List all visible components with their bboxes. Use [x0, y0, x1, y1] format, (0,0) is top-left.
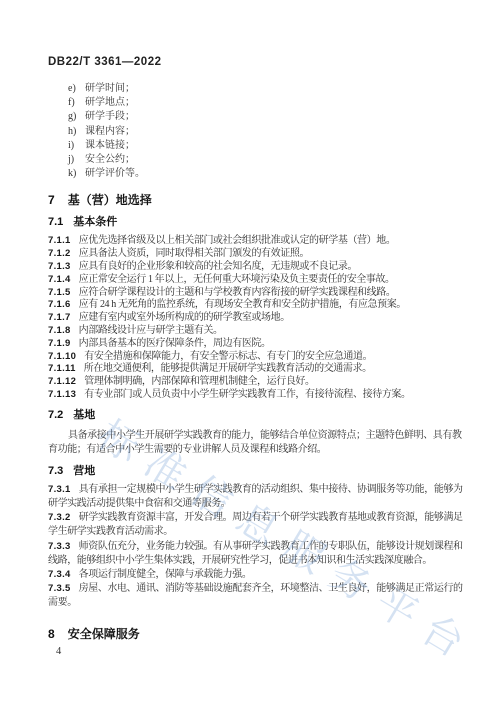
clause: 7.1.6应有 24 h 无死角的监控系统，有现场安全教育和安全防护措施，有应急…	[48, 299, 468, 312]
list-item-letter: k)	[68, 167, 85, 181]
clause-number: 7.1.4	[48, 274, 79, 285]
clause-text: 各项运行制度健全，保障与承载能力强。	[79, 569, 252, 580]
clause-number: 7.3.2	[48, 512, 79, 523]
clause: 7.3.1具有承担一定规模中小学生研学实践教育的活动组织、集中接待、协调服务等功…	[48, 483, 468, 511]
clause: 7.1.12管理体制明确，内部保障和管理机制健全，运行良好。	[48, 376, 468, 389]
clause-text: 应具备法人资质，同时取得相关部门颁发的有效证照。	[79, 248, 309, 259]
list-item-letter: f)	[68, 96, 85, 110]
section-title: 基本条件	[73, 216, 117, 228]
clause-text: 应具有良好的企业形象和较高的社会知名度，无违规或不良记录。	[79, 261, 357, 272]
list-item: e) 研学时间；	[68, 82, 468, 96]
section-title: 营地	[73, 465, 95, 477]
list-item-letter: j)	[68, 153, 85, 167]
section-title: 安全保障服务	[68, 627, 140, 641]
list-item-letter: i)	[68, 139, 85, 153]
section-number: 7.3	[48, 465, 63, 477]
section-number: 8	[48, 627, 55, 641]
clause-text: 具有承担一定规模中小学生研学实践教育的活动组织、集中接待、协调服务等功能，能够为…	[48, 484, 463, 509]
clause: 7.1.9内部具备基本的医疗保障条件，周边有医院。	[48, 338, 468, 351]
list-item-letter: g)	[68, 110, 85, 124]
clause: 7.3.3师资队伍充分，业务能力较强。有从事研学实践教育工作的专职队伍，能够设计…	[48, 540, 468, 568]
clause: 7.1.11所在地交通便利，能够提供满足开展研学实践教育活动的交通需求。	[48, 363, 468, 376]
section-7-3-heading: 7.3营地	[48, 465, 468, 478]
clause-text: 应正常安全运行 1 年以上，无任何重大环境污染及负主要责任的安全事故。	[79, 274, 395, 285]
clause-list-7-3: 7.3.1具有承担一定规模中小学生研学实践教育的活动组织、集中接待、协调服务等功…	[48, 483, 468, 611]
list-item-text: 研学地点；	[85, 96, 135, 110]
clause-number: 7.1.6	[48, 299, 79, 310]
list-item-text: 研学手段；	[85, 110, 135, 124]
clause: 7.1.10有安全措施和保障能力，有安全警示标志、有专门的安全应急通道。	[48, 351, 468, 364]
clause: 7.1.4应正常安全运行 1 年以上，无任何重大环境污染及负主要责任的安全事故。	[48, 274, 468, 287]
section-title: 基（营）地选择	[68, 193, 152, 207]
page-number: 4	[56, 646, 61, 657]
section-7-1-heading: 7.1基本条件	[48, 216, 468, 229]
list-item-text: 课程内容；	[85, 125, 135, 139]
clause: 7.1.1应优先选择省级及以上相关部门或社会组织批准或认定的研学基（营）地。	[48, 235, 468, 248]
clause-number: 7.3.1	[48, 484, 79, 495]
clause-number: 7.1.1	[48, 235, 79, 246]
section-8-heading: 8安全保障服务	[48, 627, 468, 642]
clause-number: 7.3.5	[48, 583, 79, 594]
clause: 7.1.3应具有良好的企业形象和较高的社会知名度，无违规或不良记录。	[48, 261, 468, 274]
standard-code: DB22/T 3361—2022	[48, 56, 468, 68]
clause-text: 应优先选择省级及以上相关部门或社会组织批准或认定的研学基（营）地。	[79, 235, 396, 246]
section-7-2-heading: 7.2基地	[48, 409, 468, 422]
list-item-text: 安全公约；	[85, 153, 135, 167]
section-7-heading: 7基（营）地选择	[48, 193, 468, 208]
lettered-list: e) 研学时间； f) 研学地点； g) 研学手段； h) 课程内容； i) 课…	[68, 82, 468, 181]
clause-text: 师资队伍充分，业务能力较强。有从事研学实践教育工作的专职队伍，能够设计规划课程和…	[48, 541, 463, 566]
clause-text: 管理体制明确，内部保障和管理机制健全，运行良好。	[84, 376, 314, 387]
clause: 7.1.8内部路线设计应与研学主题有关。	[48, 325, 468, 338]
clause-number: 7.1.9	[48, 338, 79, 349]
list-item-letter: h)	[68, 125, 85, 139]
list-item: i) 课本链接；	[68, 139, 468, 153]
clause: 7.3.2研学实践教育资源丰富，开发合理。周边有若干个研学实践教育基地或教育资源…	[48, 511, 468, 539]
section-title: 基地	[73, 409, 95, 421]
clause-number: 7.1.5	[48, 287, 79, 298]
clause: 7.1.5应符合研学课程设计的主题和与学校教育内容衔接的研学实践课程和线路。	[48, 287, 468, 300]
clause-number: 7.1.7	[48, 312, 79, 323]
clause-text: 房屋、水电、通讯、消防等基础设施配套齐全，环境整洁、卫生良好，能够满足正常运行的…	[48, 583, 463, 608]
clause: 7.1.13有专业部门或人员负责中小学生研学实践教育工作，有接待流程、接待方案。	[48, 389, 468, 402]
clause: 7.1.2应具备法人资质，同时取得相关部门颁发的有效证照。	[48, 248, 468, 261]
list-item-text: 课本链接；	[85, 139, 135, 153]
clause-number: 7.1.8	[48, 325, 79, 336]
clause: 7.1.7应建有室内或室外场所构成的的研学教室或场地。	[48, 312, 468, 325]
clause-number: 7.3.4	[48, 569, 79, 580]
clause-number: 7.1.11	[48, 363, 84, 374]
section-number: 7.2	[48, 409, 63, 421]
list-item: g) 研学手段；	[68, 110, 468, 124]
section-number: 7	[48, 193, 55, 207]
document-page: 标准信息服务平台 DB22/T 3361—2022 e) 研学时间； f) 研学…	[0, 0, 500, 707]
clause-text: 应有 24 h 无死角的监控系统，有现场安全教育和安全防护措施，有应急预案。	[79, 299, 406, 310]
clause-text: 所在地交通便利，能够提供满足开展研学实践教育活动的交通需求。	[84, 363, 372, 374]
clause-text: 研学实践教育资源丰富，开发合理。周边有若干个研学实践教育基地或教育资源，能够满足…	[48, 512, 463, 537]
clause-list-7-1: 7.1.1应优先选择省级及以上相关部门或社会组织批准或认定的研学基（营）地。 7…	[48, 235, 468, 401]
clause-number: 7.1.2	[48, 248, 79, 259]
clause-number: 7.1.10	[48, 351, 84, 362]
section-number: 7.1	[48, 216, 63, 228]
clause-number: 7.3.3	[48, 541, 79, 552]
clause-text: 有安全措施和保障能力，有安全警示标志、有专门的安全应急通道。	[84, 351, 372, 362]
list-item-letter: e)	[68, 82, 85, 96]
clause: 7.3.5房屋、水电、通讯、消防等基础设施配套齐全，环境整洁、卫生良好，能够满足…	[48, 582, 468, 610]
clause-text: 内部路线设计应与研学主题有关。	[79, 325, 223, 336]
clause-text: 内部具备基本的医疗保障条件，周边有医院。	[79, 338, 271, 349]
section-7-2-paragraph: 具备承接中小学生开展研学实践教育的能力，能够结合单位资源特点；主题特色鲜明、具有…	[48, 429, 468, 458]
list-item: j) 安全公约；	[68, 153, 468, 167]
list-item: h) 课程内容；	[68, 125, 468, 139]
clause-text: 有专业部门或人员负责中小学生研学实践教育工作，有接待流程、接待方案。	[84, 389, 410, 400]
clause-number: 7.1.13	[48, 389, 84, 400]
clause-number: 7.1.3	[48, 261, 79, 272]
clause-number: 7.1.12	[48, 376, 84, 387]
list-item: k) 研学评价等。	[68, 167, 468, 181]
clause-text: 应建有室内或室外场所构成的的研学教室或场地。	[79, 312, 290, 323]
list-item-text: 研学时间；	[85, 82, 135, 96]
clause: 7.3.4各项运行制度健全，保障与承载能力强。	[48, 568, 468, 582]
clause-text: 应符合研学课程设计的主题和与学校教育内容衔接的研学实践课程和线路。	[79, 287, 396, 298]
list-item: f) 研学地点；	[68, 96, 468, 110]
list-item-text: 研学评价等。	[85, 167, 145, 181]
